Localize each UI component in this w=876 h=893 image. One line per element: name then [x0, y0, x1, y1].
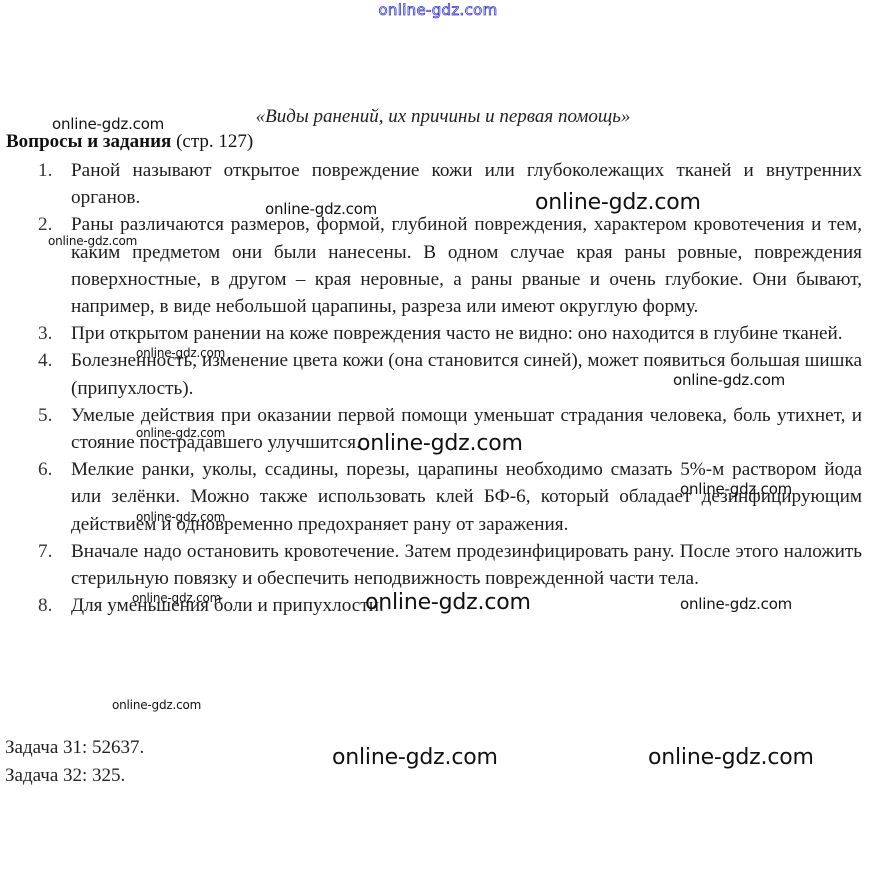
- watermark: online-gdz.com: [52, 115, 164, 133]
- answer-number: 5.: [38, 402, 52, 429]
- watermark: online-gdz.com: [535, 190, 701, 215]
- watermark: online-gdz.com: [357, 431, 523, 456]
- watermark: online-gdz.com: [136, 346, 225, 360]
- watermark: online-gdz.com: [136, 426, 225, 440]
- watermark: online-gdz.com: [365, 590, 531, 615]
- watermark: online-gdz.com: [648, 745, 814, 770]
- answer-number: 6.: [38, 456, 52, 483]
- page-reference: (стр. 127): [171, 131, 253, 152]
- answer-item-2: 2.Раны различаются размеров, формой, глу…: [0, 211, 876, 320]
- answer-item-7: 7.Вначале надо остановить кровотечение. …: [0, 538, 876, 592]
- site-watermark-link[interactable]: online-gdz.com: [0, 1, 876, 19]
- watermark: online-gdz.com: [112, 698, 201, 712]
- answer-text: Для уменьшения боли и припухлости.: [71, 595, 384, 616]
- answer-number: 8.: [38, 592, 52, 619]
- watermark: online-gdz.com: [680, 480, 792, 498]
- watermark: online-gdz.com: [680, 595, 792, 613]
- answer-text: При открытом ранении на коже повреждения…: [71, 323, 843, 344]
- answer-number: 7.: [38, 538, 52, 565]
- section-heading: Вопросы и задания (стр. 127): [6, 131, 253, 153]
- answer-item-3: 3.При открытом ранении на коже поврежден…: [0, 320, 876, 347]
- answer-number: 1.: [38, 157, 52, 184]
- task-31: Задача 31: 52637.: [5, 734, 144, 762]
- answer-text: Раны различаются размеров, формой, глуби…: [71, 214, 862, 317]
- watermark: online-gdz.com: [48, 234, 137, 248]
- watermark: online-gdz.com: [136, 510, 225, 524]
- watermark: online-gdz.com: [673, 371, 785, 389]
- tasks-block: Задача 31: 52637. Задача 32: 325.: [5, 734, 144, 790]
- section-heading-label: Вопросы и задания: [6, 131, 171, 152]
- answer-text: Раной называют открытое повреждение кожи…: [71, 160, 862, 208]
- watermark: online-gdz.com: [265, 200, 377, 218]
- answer-number: 4.: [38, 347, 52, 374]
- answer-text: Вначале надо остановить кровотечение. За…: [71, 541, 862, 589]
- watermark: online-gdz.com: [132, 591, 221, 605]
- watermark: online-gdz.com: [332, 745, 498, 770]
- answer-item-1: 1.Раной называют открытое повреждение ко…: [0, 157, 876, 211]
- task-32: Задача 32: 325.: [5, 762, 144, 790]
- answer-number: 3.: [38, 320, 52, 347]
